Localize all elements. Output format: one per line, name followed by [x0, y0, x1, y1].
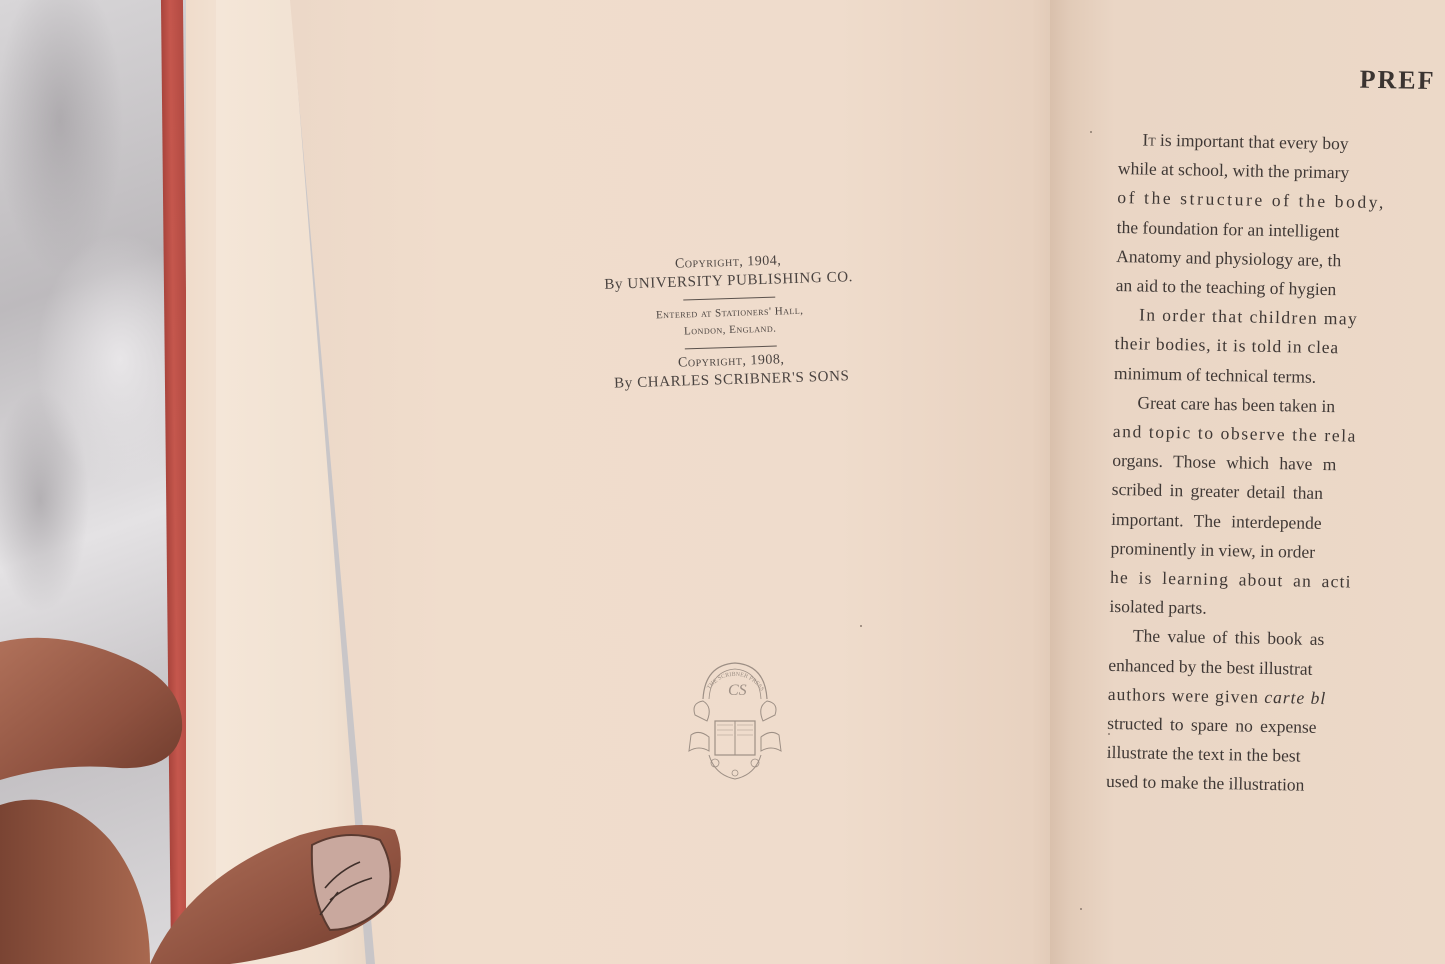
paper-speck	[1080, 908, 1082, 910]
hand	[0, 630, 420, 964]
paper-speck	[1090, 131, 1092, 133]
svg-text:CS: CS	[728, 682, 747, 699]
preface-body: It is important that every boy while at …	[1106, 125, 1445, 803]
scribner-press-emblem-icon: THE SCRIBNER PRESS CS	[685, 655, 785, 785]
divider-rule	[685, 346, 777, 350]
copyright-notice: Copyright, 1904, By UNIVERSITY PUBLISHIN…	[558, 250, 902, 395]
divider-rule	[683, 297, 775, 301]
paper-speck	[860, 625, 862, 627]
preface-title: PREF	[1359, 65, 1435, 96]
